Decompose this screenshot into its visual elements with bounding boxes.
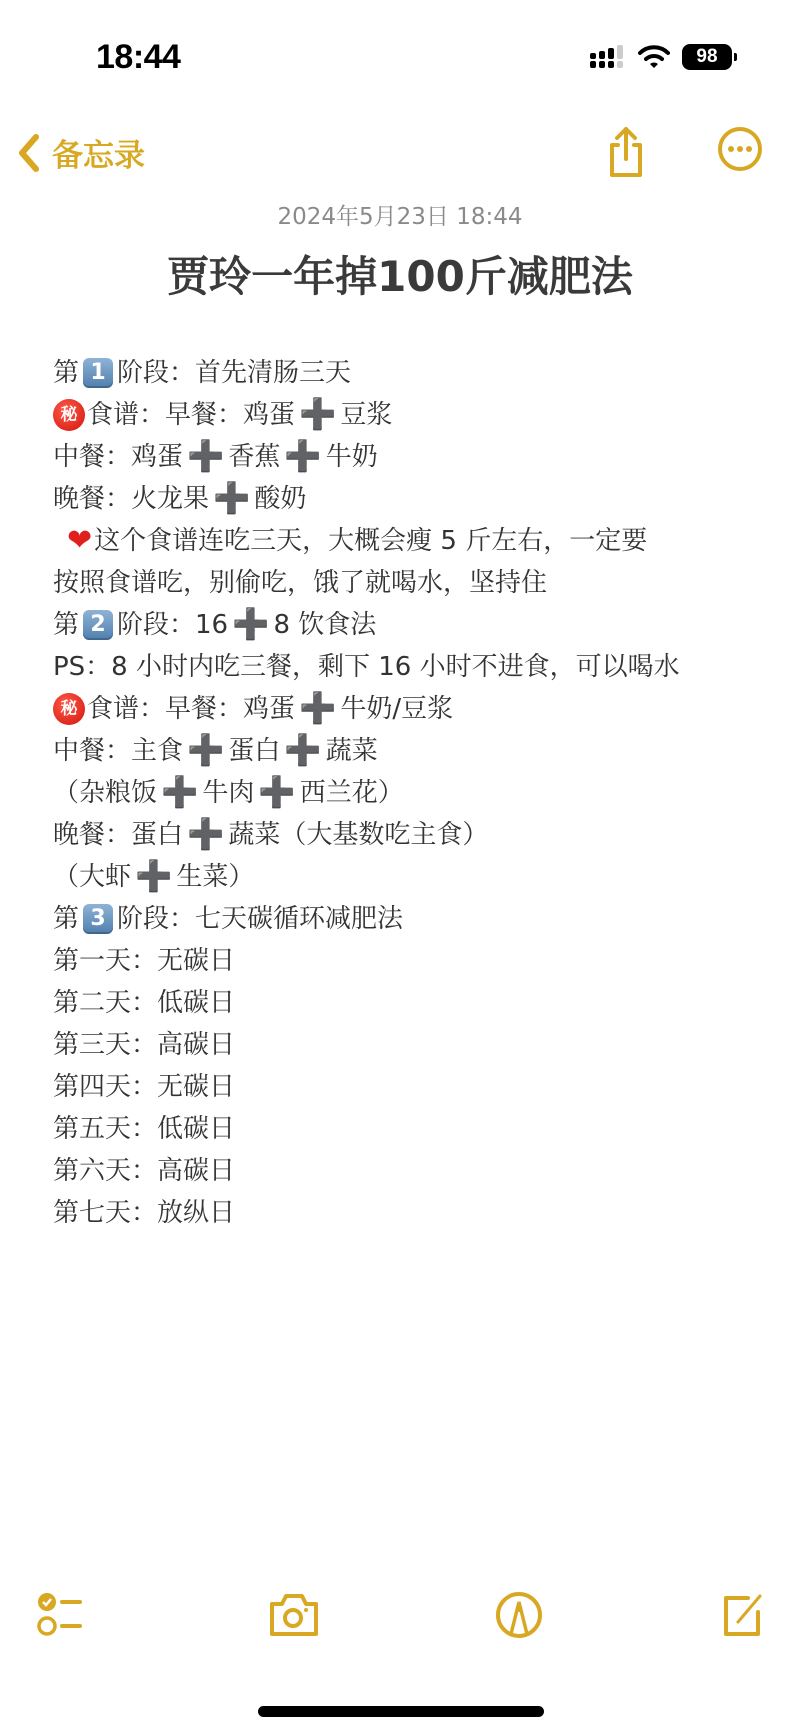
share-icon[interactable] [604, 125, 648, 179]
plus-icon: ➕ [161, 772, 198, 814]
keycap-3-icon: 3 [83, 904, 113, 934]
day-line: 第七天：放纵日 [53, 1192, 773, 1234]
status-time: 18:44 [96, 38, 180, 77]
compose-icon[interactable] [718, 1590, 768, 1640]
text: 牛奶 [326, 436, 378, 478]
plus-icon: ➕ [258, 772, 295, 814]
day-line: 第三天：高碳日 [53, 1024, 773, 1066]
text: 第五天：低碳日 [53, 1108, 235, 1150]
text: 中餐：主食 [53, 730, 183, 772]
secret-badge-icon: 秘 [53, 399, 85, 431]
text: 第二天：低碳日 [53, 982, 235, 1024]
text: 牛肉 [202, 772, 254, 814]
note-line: 中餐：主食➕蛋白➕蔬菜 [53, 730, 773, 772]
note-date: 2024年5月23日 18:44 [0, 198, 800, 231]
back-chevron-icon [16, 133, 42, 173]
note-line: 第3阶段：七天碳循环减肥法 [53, 898, 773, 940]
plus-icon: ➕ [299, 688, 336, 730]
day-line: 第五天：低碳日 [53, 1108, 773, 1150]
text: 阶段：16 [117, 604, 228, 646]
note-title[interactable]: 贾玲一年掉100斤减肥法 [0, 244, 800, 304]
heart-icon: ❤ [67, 520, 92, 562]
text: 中餐：鸡蛋 [53, 436, 183, 478]
text: 食谱：早餐：鸡蛋 [87, 688, 295, 730]
text: 酸奶 [254, 478, 306, 520]
plus-icon: ➕ [299, 394, 336, 436]
text: 生菜） [176, 856, 254, 898]
text: 香蕉 [228, 436, 280, 478]
plus-icon: ➕ [213, 478, 250, 520]
note-line: 晚餐：蛋白➕蔬菜（大基数吃主食） [53, 814, 773, 856]
wifi-icon [638, 45, 670, 69]
text: 阶段：七天碳循环减肥法 [117, 898, 403, 940]
text: （杂粮饭 [53, 772, 157, 814]
note-line: （大虾➕生菜） [53, 856, 773, 898]
back-button[interactable]: 备忘录 [16, 130, 145, 175]
note-line: 第1阶段：首先清肠三天 [53, 352, 773, 394]
text: 第一天：无碳日 [53, 940, 235, 982]
text: 第 [53, 898, 79, 940]
text: 豆浆 [340, 394, 392, 436]
text: 第七天：放纵日 [53, 1192, 235, 1234]
note-line: 秘食谱：早餐：鸡蛋➕豆浆 [53, 394, 773, 436]
day-line: 第一天：无碳日 [53, 940, 773, 982]
text: 这个食谱连吃三天，大概会瘦 5 斤左右，一定要 [94, 520, 647, 562]
text: 食谱：早餐：鸡蛋 [87, 394, 295, 436]
cellular-signal-icon [590, 45, 626, 69]
nav-bar: 备忘录 [0, 120, 800, 190]
note-line: 中餐：鸡蛋➕香蕉➕牛奶 [53, 436, 773, 478]
text: 晚餐：蛋白 [53, 814, 183, 856]
status-bar: 18:44 98 [0, 0, 800, 110]
note-line: PS：8 小时内吃三餐，剩下 16 小时不进食，可以喝水 [53, 646, 773, 688]
text: 蔬菜（大基数吃主食） [228, 814, 488, 856]
text: 第六天：高碳日 [53, 1150, 235, 1192]
text: 8 饮食法 [273, 604, 376, 646]
markup-icon[interactable] [494, 1590, 544, 1640]
note-line: 按照食谱吃，别偷吃，饿了就喝水，坚持住 [53, 562, 773, 604]
bottom-toolbar [0, 1590, 800, 1650]
plus-icon: ➕ [284, 730, 321, 772]
checklist-icon[interactable] [36, 1590, 92, 1640]
note-body[interactable]: 第1阶段：首先清肠三天 秘食谱：早餐：鸡蛋➕豆浆 中餐：鸡蛋➕香蕉➕牛奶 晚餐：… [53, 352, 773, 1234]
keycap-1-icon: 1 [83, 358, 113, 388]
text: PS：8 小时内吃三餐，剩下 16 小时不进食，可以喝水 [53, 646, 680, 688]
day-line: 第六天：高碳日 [53, 1150, 773, 1192]
secret-badge-icon: 秘 [53, 693, 85, 725]
text: 牛奶/豆浆 [340, 688, 453, 730]
note-line: ❤这个食谱连吃三天，大概会瘦 5 斤左右，一定要 [53, 520, 773, 562]
note-line: 晚餐：火龙果➕酸奶 [53, 478, 773, 520]
text: 按照食谱吃，别偷吃，饿了就喝水，坚持住 [53, 562, 547, 604]
plus-icon: ➕ [187, 436, 224, 478]
plus-icon: ➕ [232, 604, 269, 646]
day-line: 第四天：无碳日 [53, 1066, 773, 1108]
day-line: 第二天：低碳日 [53, 982, 773, 1024]
plus-icon: ➕ [135, 856, 172, 898]
text: 第四天：无碳日 [53, 1066, 235, 1108]
plus-icon: ➕ [187, 814, 224, 856]
text: 蔬菜 [326, 730, 378, 772]
note-line: （杂粮饭➕牛肉➕西兰花） [53, 772, 773, 814]
text: 阶段：首先清肠三天 [117, 352, 351, 394]
text: 蛋白 [228, 730, 280, 772]
plus-icon: ➕ [187, 730, 224, 772]
keycap-2-icon: 2 [83, 610, 113, 640]
back-label: 备忘录 [52, 130, 145, 175]
plus-icon: ➕ [284, 436, 321, 478]
note-line: 秘食谱：早餐：鸡蛋➕牛奶/豆浆 [53, 688, 773, 730]
camera-icon[interactable] [266, 1590, 322, 1640]
more-icon[interactable] [716, 125, 764, 173]
text: （大虾 [53, 856, 131, 898]
battery-icon: 98 [682, 44, 732, 70]
battery-level: 98 [696, 46, 717, 68]
text: 晚餐：火龙果 [53, 478, 209, 520]
text: 西兰花） [300, 772, 404, 814]
note-line: 第2阶段：16➕8 饮食法 [53, 604, 773, 646]
text: 第三天：高碳日 [53, 1024, 235, 1066]
home-indicator[interactable] [258, 1706, 544, 1717]
text: 第 [53, 604, 79, 646]
text: 第 [53, 352, 79, 394]
